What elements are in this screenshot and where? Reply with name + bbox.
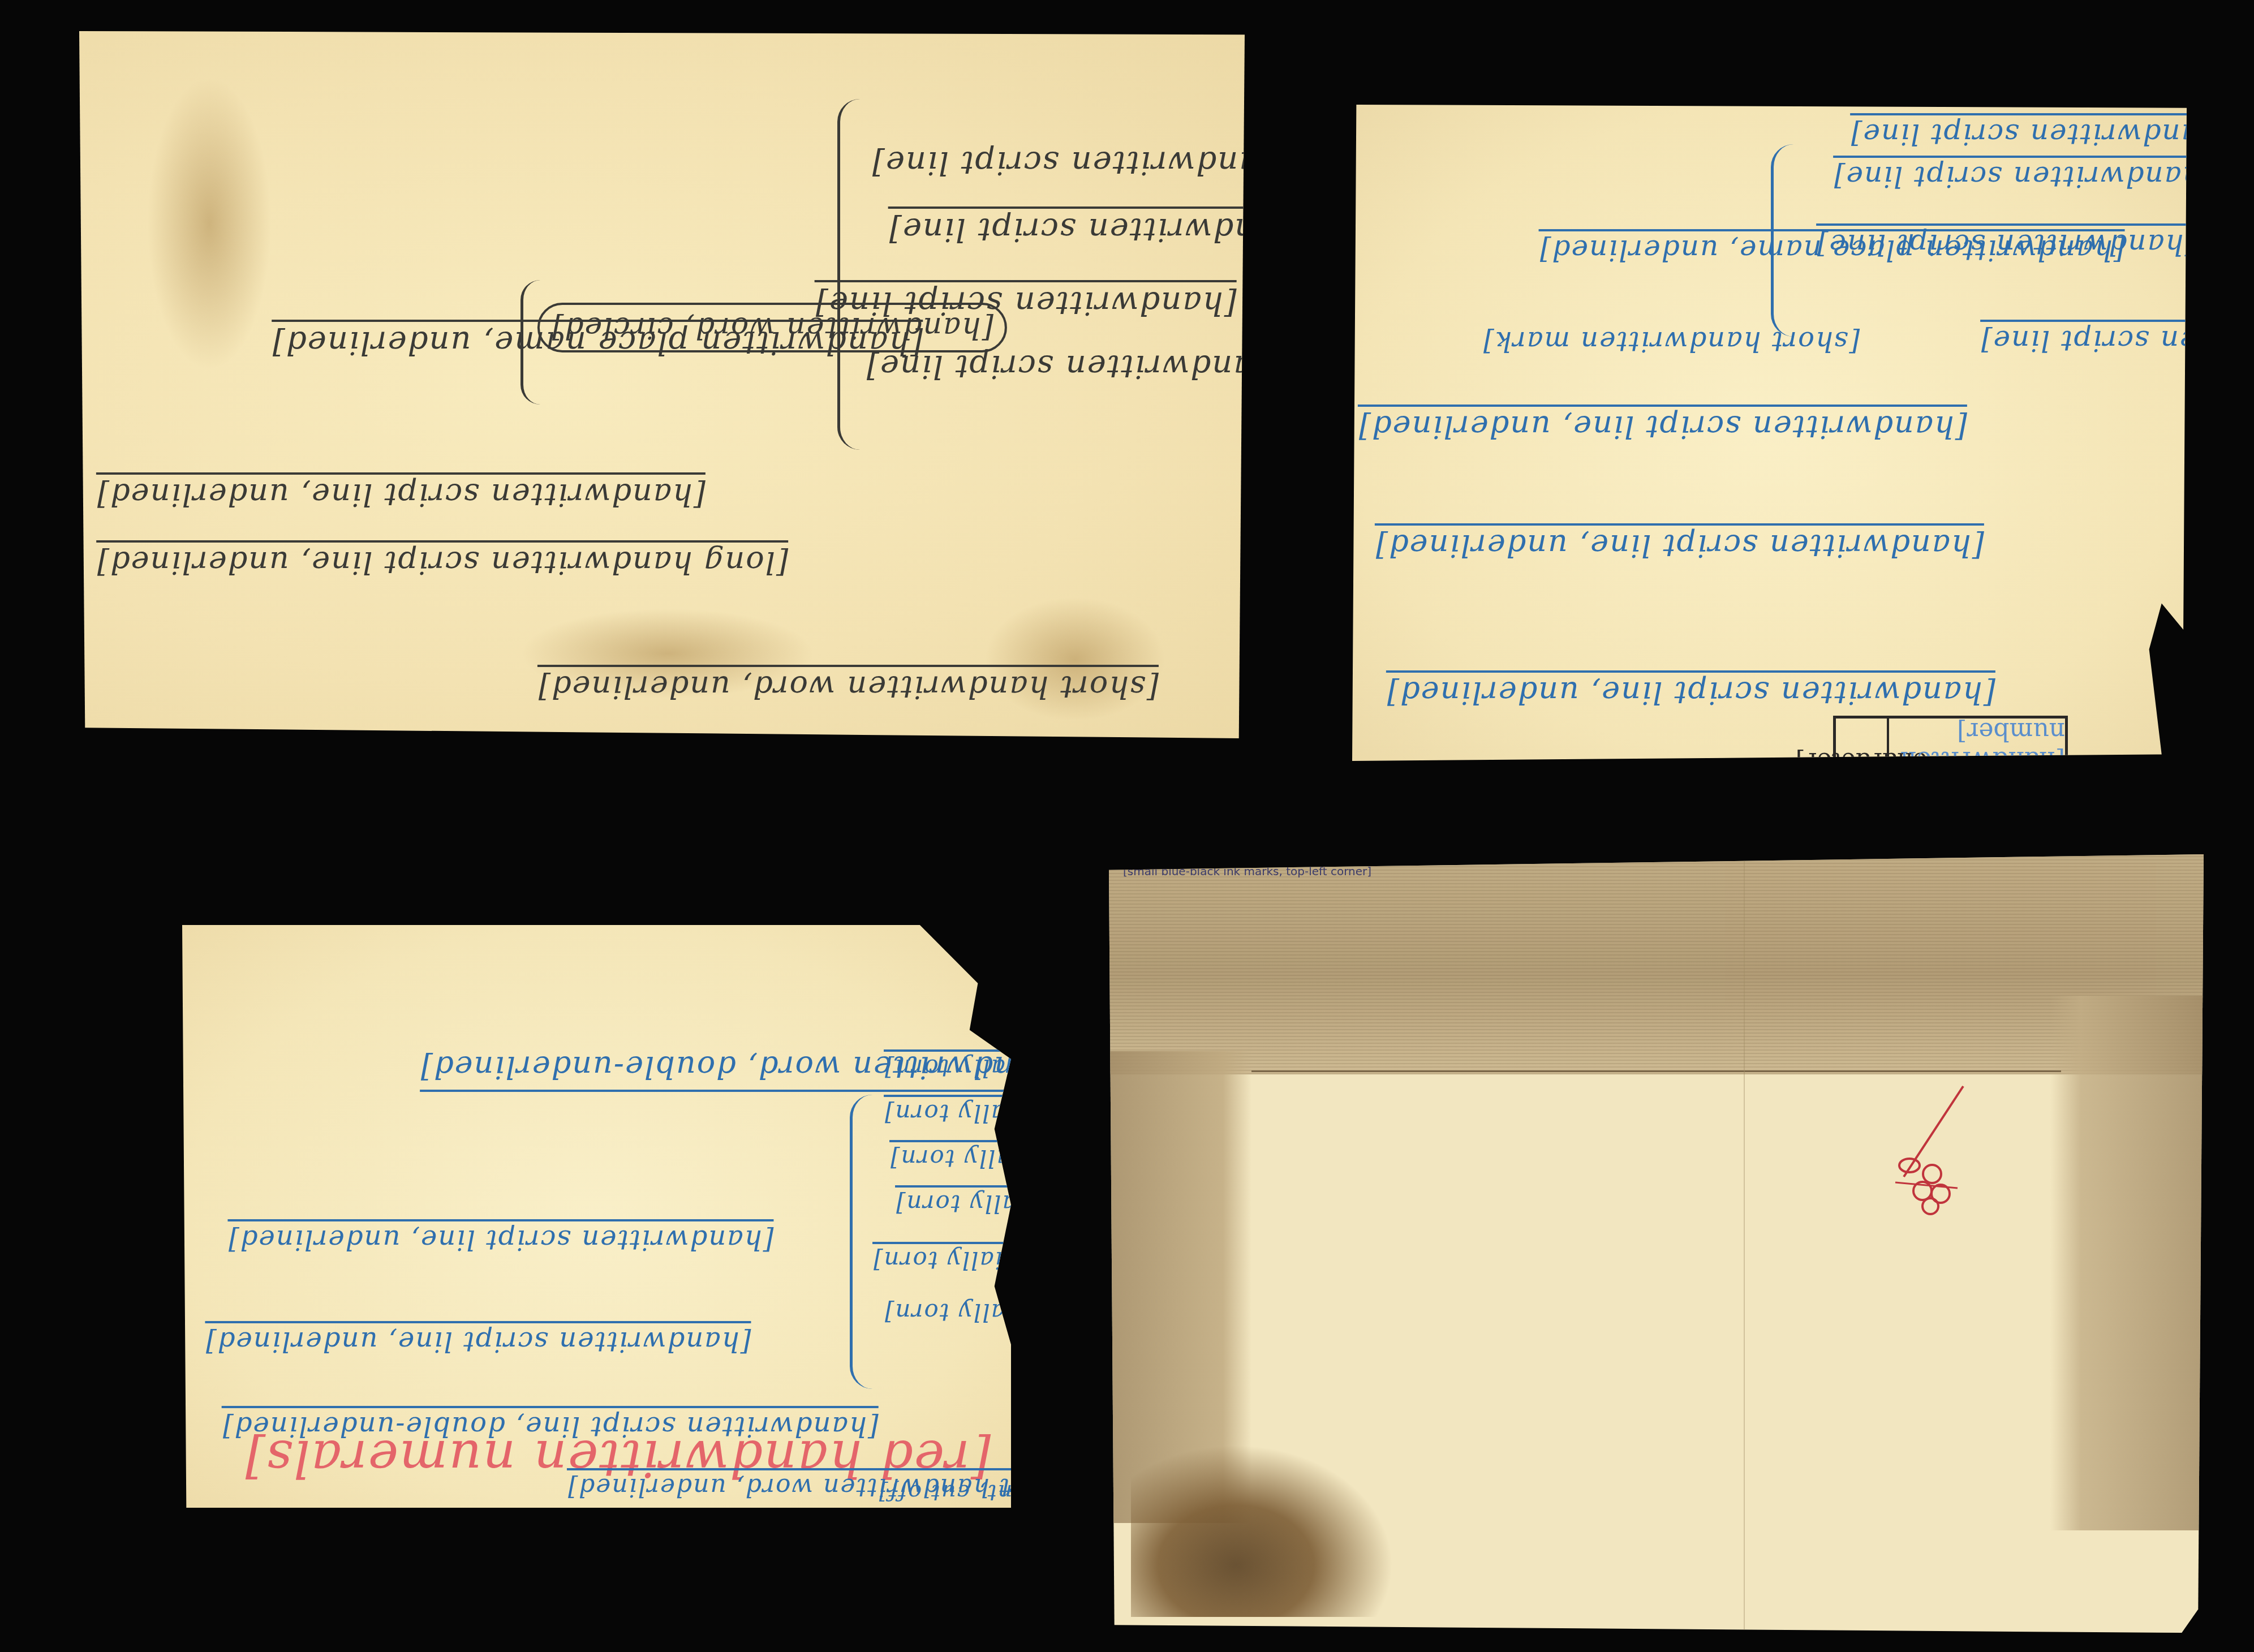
scene-description: Four aged handwritten postal envelopes o… <box>0 0 1 1</box>
handwritten-destination: [handwritten place name, underlined] <box>1539 229 2125 266</box>
handwritten-body-line: [handwritten script line, underlined] <box>205 1321 751 1357</box>
handwritten-note-line: [handwritten script line, underlined] <box>96 472 706 513</box>
handwritten-address-line: [handwritten script line] <box>871 144 1293 181</box>
flap-edge <box>1251 1070 2062 1072</box>
red-seal-icon <box>1878 1081 1969 1216</box>
handwritten-destination: [handwritten word, double-underlined] <box>420 1049 1067 1092</box>
handwritten-address-line: [handwritten script line] <box>1833 156 2213 193</box>
handwritten-body-line: [handwritten script line, underlined] <box>227 1219 773 1255</box>
envelope-bottom-right-reverse: [small blue-black ink marks, top-left co… <box>1109 854 2204 1641</box>
handwritten-address-line: [handwritten script line] <box>866 348 1288 385</box>
stamp-number: [handwritten number] <box>1887 717 2065 775</box>
envelope-bottom-left: [handwritten script line, partially torn… <box>182 925 1011 1508</box>
boxed-rubber-stamp: [stamped word] [stamped character] [hand… <box>1833 716 2068 837</box>
envelope-top-left: [handwritten script line] [handwritten s… <box>79 31 1245 738</box>
curly-brace-mark <box>850 1095 875 1389</box>
corner-ink-mark: [small blue-black ink marks, top-left co… <box>1123 864 1371 878</box>
stamp-word: [stamped word] <box>1887 775 2065 834</box>
handwritten-note-line: [long handwritten script line, underline… <box>96 540 788 580</box>
flap-stain-top <box>1109 854 2204 1074</box>
dark-stain-bottom-left <box>1131 1444 1393 1617</box>
flap-stain-right <box>2050 996 2204 1530</box>
paper-stain <box>147 76 272 371</box>
envelope-top-right: [handwritten script line] [handwritten s… <box>1352 105 2187 761</box>
handwritten-address-line: [handwritten script line] <box>1980 320 2254 357</box>
handwritten-address-line: [handwritten script line] <box>888 206 1310 248</box>
handwritten-body-line: [handwritten script line, underlined] <box>1375 523 1984 563</box>
stamp-character: [stamped character] <box>1836 717 1887 834</box>
curly-brace-mark <box>837 99 863 450</box>
handwritten-address-line: [handwritten script line] <box>1850 113 2230 150</box>
handwritten-body-line: [handwritten script line, underlined] <box>1358 405 1967 445</box>
handwritten-sender: [short handwritten word, underlined] <box>537 665 1159 705</box>
handwritten-abbreviation: [short handwritten mark] <box>1482 325 1860 357</box>
fold-crease <box>1744 854 1745 1641</box>
handwritten-destination: [handwritten place name, underlined] <box>272 320 923 361</box>
handwritten-body-line: [handwritten script line, underlined] <box>1386 670 1995 711</box>
